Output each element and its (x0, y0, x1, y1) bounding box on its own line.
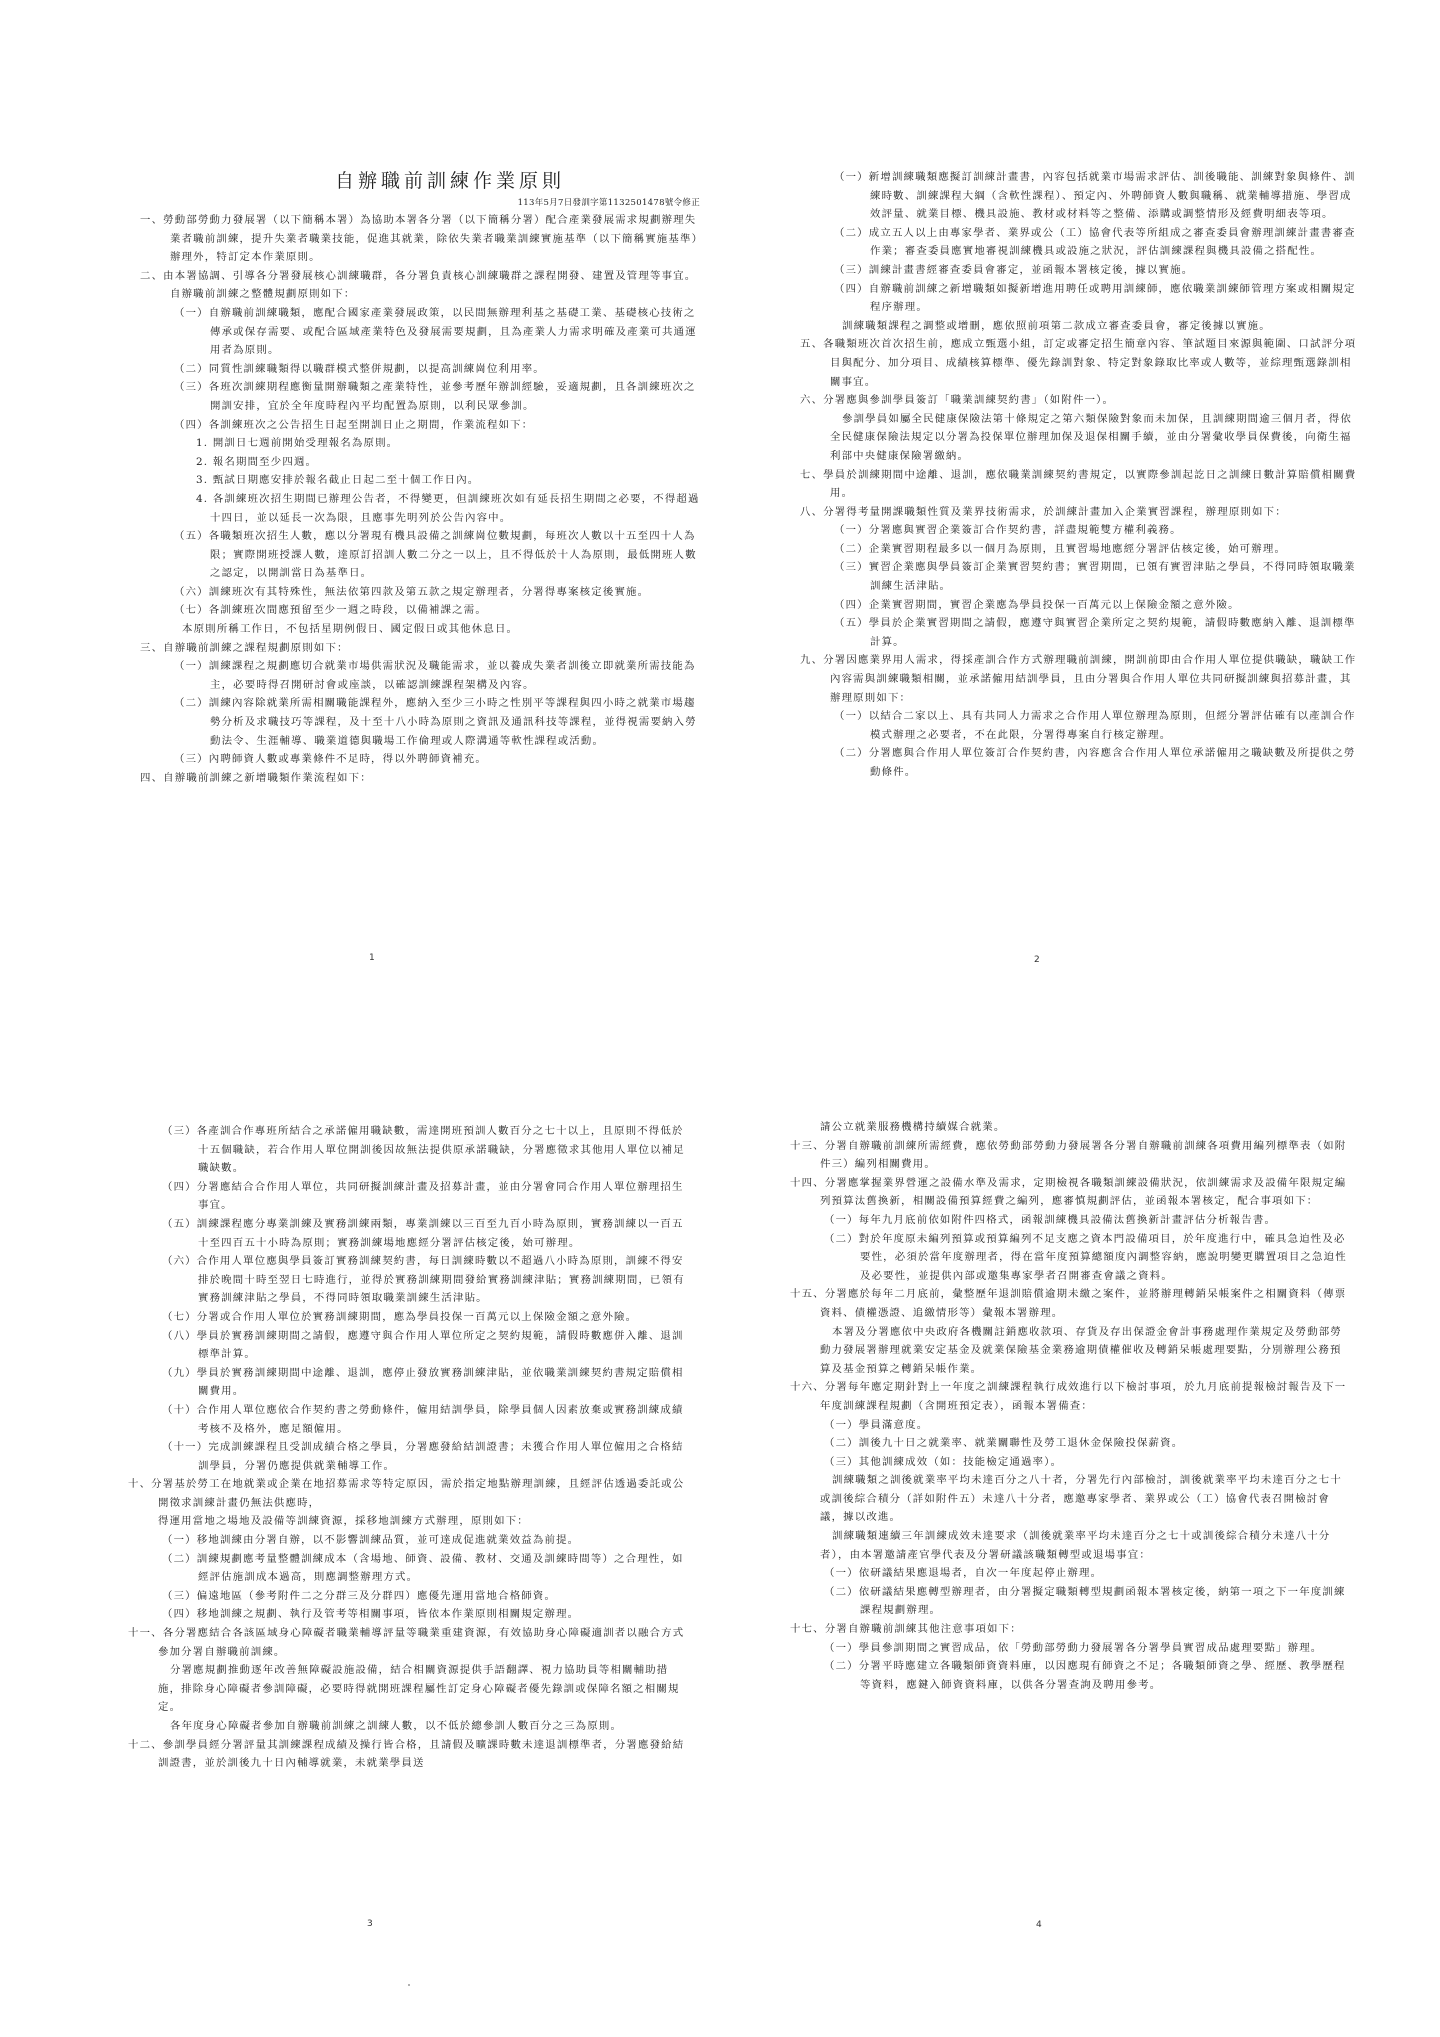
paragraph: （六）訓練班次有其特殊性，無法依第四款及第五款之規定辦理者，分署得專案核定後實施… (140, 583, 700, 602)
paragraph: （二）對於年度原未編列預算或預算編列不足支應之資本門設備項目，於年度進行中，確具… (790, 1230, 1350, 1286)
paragraph: （一）訓練課程之規劃應切合就業市場供需狀況及職能需求，並以養成失業者訓後立即就業… (140, 657, 700, 694)
paragraph: （一）分署應與實習企業簽訂合作契約書，詳盡規範雙方權利義務。 (800, 521, 1360, 540)
paragraph: 訓練職類連續三年訓練成效未達要求（訓後就業率平均未達百分之七十或訓後綜合積分未達… (790, 1527, 1350, 1564)
paragraph: 得運用當地之場地及設備等訓練資源，採移地訓練方式辦理，原則如下： (128, 1512, 688, 1531)
document-page-1: 自辦職前訓練作業原則 113年5月7日發訓字第1132501478號令修正 一、… (140, 168, 700, 787)
paragraph: （二）成立五人以上由專家學者、業界或公（工）協會代表等所組成之審查委員會辦理訓練… (800, 224, 1360, 261)
paragraph: （一）新增訓練職類應擬訂訓練計畫書，內容包括就業市場需求評估、訓後職能、訓練對象… (800, 168, 1360, 224)
paragraph: （一）自辦職前訓練職類，應配合國家產業發展政策，以民間無辦理利基之基礎工業、基礎… (140, 304, 700, 360)
paragraph: 參訓學員如屬全民健康保險法第十條規定之第六類保險對象而未加保，且訓練期間逾三個月… (800, 410, 1360, 466)
paragraph: 4. 各訓練班次招生期間已辦理公告者，不得變更，但訓練班次如有延長招生期間之必要… (140, 490, 700, 527)
paragraph: （三）實習企業應與學員簽訂企業實習契約書；實習期間，已領有實習津貼之學員，不得同… (800, 558, 1360, 595)
paragraph: 3. 甄試日期應安排於報名截止日起二至十個工作日內。 (140, 471, 700, 490)
paragraph: 各年度身心障礙者參加自辦職前訓練之訓練人數，以不低於總參訓人數百分之三為原則。 (128, 1717, 688, 1736)
paragraph: （一）學員滿意度。 (790, 1416, 1350, 1435)
document-title: 自辦職前訓練作業原則 (140, 168, 700, 194)
paragraph: （二）訓練規劃應考量整體訓練成本（含場地、師資、設備、教材、交通及訓練時間等）之… (128, 1550, 688, 1587)
paragraph: 十六、分署每年應定期針對上一年度之訓練課程執行成效進行以下檢討事項，於九月底前提… (790, 1378, 1350, 1415)
paragraph: （二）分署平時應建立各職類師資資料庫，以因應現有師資之不足；各職類師資之學、經歷… (790, 1657, 1350, 1694)
paragraph: 分署應規劃推動逐年改善無障礙設施設備，結合相關資源提供手語翻譯、視力協助員等相關… (128, 1661, 688, 1717)
paragraph: 十三、分署自辦職前訓練所需經費，應依勞動部勞動力發展署各分署自辦職前訓練各項費用… (790, 1137, 1350, 1174)
document-page-3: （三）各產訓合作專班所結合之承諾僱用職缺數，需達開班預訓人數百分之七十以上，且原… (128, 1122, 688, 1773)
paragraph: （一）學員參訓期間之實習成品，依「勞動部勞動力發展署各分署學員實習成品處理要點」… (790, 1639, 1350, 1658)
page-1-body: 一、勞動部勞動力發展署（以下簡稱本署）為協助本署各分署（以下簡稱分署）配合產業發… (140, 211, 700, 787)
page-4-body: 請公立就業服務機構持續媒合就業。十三、分署自辦職前訓練所需經費，應依勞動部勞動力… (790, 1118, 1350, 1694)
paragraph: （八）學員於實務訓練期間之請假，應遵守與合作用人單位所定之契約規範，請假時數應併… (128, 1327, 688, 1364)
page-number: 2 (1034, 955, 1040, 965)
paragraph: （二）依研議結果應轉型辦理者，由分署擬定職類轉型規劃函報本署核定後，納第一項之下… (790, 1583, 1350, 1620)
paragraph: 一、勞動部勞動力發展署（以下簡稱本署）為協助本署各分署（以下簡稱分署）配合產業發… (140, 211, 700, 267)
paragraph: （五）學員於企業實習期間之請假，應遵守與實習企業所定之契約規範，請假時數應納入離… (800, 614, 1360, 651)
paragraph: （五）訓練課程應分專業訓練及實務訓練兩類，專業訓練以三百至九百小時為原則，實務訓… (128, 1215, 688, 1252)
document-page-4: 請公立就業服務機構持續媒合就業。十三、分署自辦職前訓練所需經費，應依勞動部勞動力… (790, 1118, 1350, 1694)
paragraph: （二）分署應與合作用人單位簽訂合作契約書，內容應含合作用人單位承諾僱用之職缺數及… (800, 744, 1360, 781)
paragraph: （四）自辦職前訓練之新增職類如擬新增進用聘任或聘用訓練師，應依職業訓練師管理方案… (800, 280, 1360, 317)
paragraph: 十五、分署應於每年二月底前，彙整歷年退訓賠償逾期未繳之案件，並將辦理轉銷呆帳案件… (790, 1285, 1350, 1322)
paragraph: 訓練職類之訓後就業率平均未達百分之八十者，分署先行內部檢討，訓後就業率平均未達百… (790, 1471, 1350, 1527)
paragraph: （一）每年九月底前依如附件四格式，函報訓練機具設備汰舊換新計畫評估分析報告書。 (790, 1211, 1350, 1230)
page-number: 1 (369, 953, 375, 963)
paragraph: 1. 開訓日七週前開始受理報名為原則。 (140, 434, 700, 453)
document-page-2: （一）新增訓練職類應擬訂訓練計畫書，內容包括就業市場需求評估、訓後職能、訓練對象… (800, 168, 1360, 782)
paragraph: （一）以結合二家以上、具有共同人力需求之合作用人單位辦理為原則，但經分署評估確有… (800, 707, 1360, 744)
paragraph: 十四、分署應掌握業界營運之設備水準及需求，定期檢視各職類訓練設備狀況，依訓練需求… (790, 1174, 1350, 1211)
paragraph: （六）合作用人單位應與學員簽訂實務訓練契約書，每日訓練時數以不超過八小時為原則，… (128, 1252, 688, 1308)
paragraph: （二）企業實習期程最多以一個月為原則，且實習場地應經分署評估核定後，始可辦理。 (800, 540, 1360, 559)
paragraph: （二）訓後九十日之就業率、就業關聯性及勞工退休金保險投保薪資。 (790, 1434, 1350, 1453)
paragraph: （五）各職類班次招生人數，應以分署現有機具設備之訓練崗位數規劃，每班次人數以十五… (140, 527, 700, 583)
paragraph: 自辦職前訓練之整體規劃原則如下： (140, 285, 700, 304)
paragraph: （三）各班次訓練期程應衡量開辦職類之產業特性，並參考歷年辦訓經驗，妥適規劃，且各… (140, 378, 700, 415)
paragraph: 五、各職類班次首次招生前，應成立甄選小組，訂定或審定招生簡章內容、筆試題目來源與… (800, 335, 1360, 391)
paragraph: 三、自辦職前訓練之課程規劃原則如下： (140, 639, 700, 658)
scan-speck (408, 1984, 410, 1986)
paragraph: （四）分署應結合合作用人單位，共同研擬訓練計畫及招募計畫，並由分署會同合作用人單… (128, 1178, 688, 1215)
paragraph: （四）移地訓練之規劃、執行及管考等相關事項，皆依本作業原則相關規定辦理。 (128, 1605, 688, 1624)
paragraph: （三）各產訓合作專班所結合之承諾僱用職缺數，需達開班預訓人數百分之七十以上，且原… (128, 1122, 688, 1178)
paragraph: （一）依研議結果應退場者，自次一年度起停止辦理。 (790, 1564, 1350, 1583)
paragraph: 十二、參訓學員經分署評量其訓練課程成績及操行皆合格，且請假及曠課時數未達退訓標準… (128, 1736, 688, 1773)
page-2-body: （一）新增訓練職類應擬訂訓練計畫書，內容包括就業市場需求評估、訓後職能、訓練對象… (800, 168, 1360, 782)
paragraph: （三）內聘師資人數或專業條件不足時，得以外聘師資補充。 (140, 750, 700, 769)
paragraph: 二、由本署協調、引導各分署發展核心訓練職群，各分署負責核心訓練職群之課程開發、建… (140, 267, 700, 286)
paragraph: （一）移地訓練由分署自辦，以不影響訓練品質，並可達成促進就業效益為前提。 (128, 1531, 688, 1550)
paragraph: 八、分署得考量開課職類性質及業界技術需求，於訓練計畫加入企業實習課程，辦理原則如… (800, 503, 1360, 522)
paragraph: （三）偏遠地區（參考附件二之分群三及分群四）應優先運用當地合格師資。 (128, 1587, 688, 1606)
paragraph: 本署及分署應依中央政府各機關註銷應收款項、存貨及存出保證金會計事務處理作業規定及… (790, 1323, 1350, 1379)
paragraph: （九）學員於實務訓練期間中途離、退訓，應停止發放實務訓練津貼，並依職業訓練契約書… (128, 1364, 688, 1401)
paragraph: 訓練職類課程之調整或增刪，應依照前項第二款成立審查委員會，審定後據以實施。 (800, 317, 1360, 336)
paragraph: 九、分署因應業界用人需求，得採產訓合作方式辦理職前訓練，開訓前即由合作用人單位提… (800, 651, 1360, 707)
paragraph: 六、分署應與參訓學員簽訂「職業訓練契約書」（如附件一）。 (800, 391, 1360, 410)
paragraph: 十、分署基於勞工在地就業或企業在地招募需求等特定原因，需於指定地點辦理訓練，且經… (128, 1475, 688, 1512)
paragraph: （三）其他訓練成效（如：技能檢定通過率）。 (790, 1453, 1350, 1472)
paragraph: 十七、分署自辦職前訓練其他注意事項如下： (790, 1620, 1350, 1639)
paragraph: （三）訓練計畫書經審查委員會審定，並函報本署核定後，據以實施。 (800, 261, 1360, 280)
paragraph: 本原則所稱工作日，不包括星期例假日、國定假日或其他休息日。 (140, 620, 700, 639)
paragraph: （七）各訓練班次間應預留至少一週之時段，以備補課之需。 (140, 601, 700, 620)
paragraph: 請公立就業服務機構持續媒合就業。 (790, 1118, 1350, 1137)
paragraph: （七）分署或合作用人單位於實務訓練期間，應為學員投保一百萬元以上保險金額之意外險… (128, 1308, 688, 1327)
page-3-body: （三）各產訓合作專班所結合之承諾僱用職缺數，需達開班預訓人數百分之七十以上，且原… (128, 1122, 688, 1773)
page-number: 4 (1036, 1920, 1042, 1930)
page-number: 3 (367, 1919, 373, 1929)
paragraph: （二）訓練內容除就業所需相關職能課程外，應納入至少三小時之性別平等課程與四小時之… (140, 694, 700, 750)
document-subtitle: 113年5月7日發訓字第1132501478號令修正 (140, 196, 700, 210)
paragraph: 2. 報名期間至少四週。 (140, 453, 700, 472)
paragraph: 七、學員於訓練期間中途離、退訓，應依職業訓練契約書規定，以實際參訓起訖日之訓練日… (800, 466, 1360, 503)
paragraph: 四、自辦職前訓練之新增職類作業流程如下： (140, 769, 700, 788)
paragraph: （十）合作用人單位應依合作契約書之勞動條件，僱用結訓學員，除學員個人因素放棄或實… (128, 1401, 688, 1438)
paragraph: （四）各訓練班次之公告招生日起至開訓日止之期間，作業流程如下： (140, 416, 700, 435)
paragraph: （四）企業實習期間，實習企業應為學員投保一百萬元以上保險金額之意外險。 (800, 596, 1360, 615)
paragraph: （二）同質性訓練職類得以職群模式整併規劃，以提高訓練崗位利用率。 (140, 360, 700, 379)
paragraph: 十一、各分署應結合各該區域身心障礙者職業輔導評量等職業重建資源，有效協助身心障礙… (128, 1624, 688, 1661)
paragraph: （十一）完成訓練課程且受訓成績合格之學員，分署應發給結訓證書；未獲合作用人單位僱… (128, 1438, 688, 1475)
